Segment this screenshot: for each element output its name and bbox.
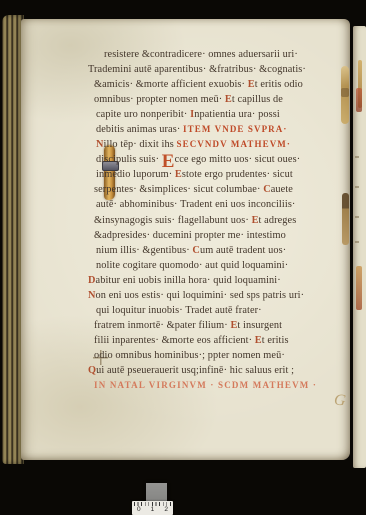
line-text: auete bbox=[271, 184, 293, 195]
rubricated-capital: E bbox=[175, 169, 182, 180]
rubric-heading: ITEM VNDE SVPRA· bbox=[183, 124, 287, 134]
text-line: Qui autē pseuerauerit usq;infinē· hic sa… bbox=[88, 363, 344, 378]
ruler-number: 1 bbox=[151, 506, 155, 513]
text-line: omnibus· propter nomen meū· Et capillus … bbox=[88, 92, 344, 107]
rubricated-capital: D bbox=[88, 275, 96, 286]
rubricated-capital: C bbox=[263, 184, 271, 195]
text-line: Non eni uos estis· qui loquimini· sed sp… bbox=[88, 288, 344, 303]
line-text: nolite cogitare quomodo· aut quid loquam… bbox=[96, 260, 288, 271]
facing-page-text-edge bbox=[355, 156, 359, 158]
manuscript-photo: G resistere &contradicere· omnes aduersa… bbox=[0, 0, 366, 515]
ruler-numbers: 0 1 2 bbox=[132, 506, 173, 513]
ruler-number: 2 bbox=[164, 506, 168, 513]
measurement-ruler: 0 1 2 bbox=[132, 501, 173, 515]
text-line: Trademini autē aparentibus· &fratribus· … bbox=[88, 62, 344, 77]
line-text: &amicis· &morte afficient exuobis· bbox=[94, 79, 248, 90]
line-text: debitis animas uras· bbox=[96, 124, 183, 135]
line-text: t capillus de bbox=[232, 94, 283, 105]
line-text: stote ergo prudentes· sicut bbox=[182, 169, 293, 180]
text-line: &adpresides· ducemini propter me· intest… bbox=[88, 228, 344, 243]
line-text: t insurgent bbox=[237, 320, 282, 331]
line-text: &adpresides· ducemini propter me· intest… bbox=[94, 230, 286, 241]
line-text: odio omnibus hominibus·; ppter nomen meū… bbox=[94, 350, 285, 361]
rubricated-capital: N bbox=[88, 290, 96, 301]
text-line: Nillo tēp· dixit ihs SECVNDV MATHEVM· bbox=[88, 137, 344, 152]
line-text: on eni uos estis· qui loquimini· sed sps… bbox=[96, 290, 305, 301]
line-text: nium illis· &gentibus· bbox=[96, 245, 192, 256]
rubricated-capital: C bbox=[192, 245, 200, 256]
text-line: capite uro nonperibit· Inpatientia ura· … bbox=[88, 107, 344, 122]
text-line: serpentes· &simplices· sicut columbae· C… bbox=[88, 182, 344, 197]
line-text: um autē tradent uos· bbox=[200, 245, 286, 256]
facing-page-red-fragment bbox=[356, 88, 362, 112]
text-block: resistere &contradicere· omnes aduersari… bbox=[88, 47, 344, 393]
line-text: t eritis odio bbox=[255, 79, 303, 90]
text-line: fratrem inmortē· &pater filium· Et insur… bbox=[88, 318, 344, 333]
line-text: omnibus· propter nomen meū· bbox=[94, 94, 225, 105]
text-line: &insynagogis suis· flagellabunt uos· Et … bbox=[88, 213, 344, 228]
rubricated-capital: E bbox=[252, 215, 259, 226]
facing-page-text-edge bbox=[355, 241, 359, 243]
line-text: qui loquitur inuobis· Tradet autē frater… bbox=[96, 305, 262, 316]
text-line: Dabitur eni uobis inilla hora· quid loqu… bbox=[88, 273, 344, 288]
pen-squiggle-mark: G bbox=[333, 391, 347, 410]
text-line: nium illis· &gentibus· Cum autē tradent … bbox=[88, 243, 344, 258]
line-text: &insynagogis suis· flagellabunt uos· bbox=[94, 215, 252, 226]
facing-page-gold-fragment bbox=[356, 266, 362, 310]
ruler-number: 0 bbox=[137, 506, 141, 513]
text-line: IN NATAL VIRGINVM · SCDM MATHEVM · bbox=[88, 378, 344, 393]
line-text: discipulis suis· bbox=[96, 154, 162, 165]
line-text: capite uro nonperibit· bbox=[96, 109, 190, 120]
text-line: odio omnibus hominibus·; ppter nomen meū… bbox=[88, 348, 344, 363]
line-text: cce ego mitto uos· sicut oues· bbox=[175, 154, 301, 165]
text-line: filii inparentes· &morte eos afficient· … bbox=[88, 333, 344, 348]
line-text: serpentes· &simplices· sicut columbae· bbox=[94, 184, 263, 195]
line-text: resistere &contradicere· omnes aduersari… bbox=[104, 49, 298, 60]
rubricated-capital: N bbox=[96, 139, 104, 150]
facing-page-text-edge bbox=[355, 186, 359, 188]
facing-page-sliver bbox=[353, 26, 366, 468]
text-line: inmedio luporum· Estote ergo prudentes· … bbox=[88, 167, 344, 182]
line-text: illo tēp· dixit ihs bbox=[104, 139, 177, 150]
line-text: npatientia ura· possi bbox=[194, 109, 280, 120]
rubricated-capital: E bbox=[255, 335, 262, 346]
text-line: autē· abhominibus· Tradent eni uos incon… bbox=[88, 197, 344, 212]
text-line: debitis animas uras· ITEM VNDE SVPRA· bbox=[88, 122, 344, 137]
line-text: inmedio luporum· bbox=[96, 169, 175, 180]
text-line: nolite cogitare quomodo· aut quid loquam… bbox=[88, 258, 344, 273]
line-text: autē· abhominibus· Tradent eni uos incon… bbox=[96, 199, 295, 210]
line-text: t eritis bbox=[262, 335, 289, 346]
text-line: resistere &contradicere· omnes aduersari… bbox=[88, 47, 344, 62]
line-text: filii inparentes· &morte eos afficient· bbox=[94, 335, 255, 346]
text-line: discipulis suis· Ecce ego mitto uos· sic… bbox=[88, 152, 344, 167]
line-text: fratrem inmortē· &pater filium· bbox=[94, 320, 230, 331]
text-line: qui loquitur inuobis· Tradet autē frater… bbox=[88, 303, 344, 318]
line-text: ui autē pseuerauerit usq;infinē· hic sal… bbox=[96, 365, 294, 376]
rubric-heading: SECVNDV MATHEVM· bbox=[176, 139, 291, 149]
rubricated-capital: E bbox=[248, 79, 255, 90]
line-text: Trademini autē aparentibus· &fratribus· … bbox=[88, 64, 306, 75]
rubric-heading-faded: IN NATAL VIRGINVM · SCDM MATHEVM · bbox=[94, 380, 317, 390]
rubricated-capital: E bbox=[225, 94, 232, 105]
gray-calibration-card bbox=[146, 483, 167, 502]
text-line: &amicis· &morte afficient exuobis· Et er… bbox=[88, 77, 344, 92]
line-text: t adreges bbox=[259, 215, 297, 226]
rubricated-capital: Q bbox=[88, 365, 96, 376]
facing-page-text-edge bbox=[355, 216, 359, 218]
line-text: abitur eni uobis inilla hora· quid loqua… bbox=[96, 275, 281, 286]
